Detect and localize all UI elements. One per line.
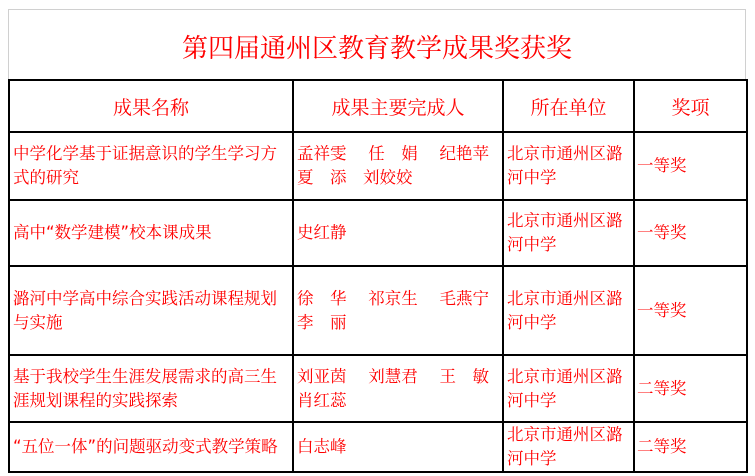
awards-table: 成果名称 成果主要完成人 所在单位 奖项 中学化学基于证据意识的学生学习方式的研… xyxy=(8,79,748,473)
achievement-name: “五位一体”的问题驱动变式教学策略 xyxy=(9,422,293,472)
achievement-name: 中学化学基于证据意识的学生学习方式的研究 xyxy=(9,132,293,200)
header-award: 奖项 xyxy=(634,80,747,132)
table-row: 潞河中学高中综合实践活动课程规划与实施 徐 华 祁京生 毛燕宁李 丽 北京市通州… xyxy=(9,266,747,355)
unit: 北京市通州区潞河中学 xyxy=(503,200,634,266)
table-row: 中学化学基于证据意识的学生学习方式的研究 孟祥雯 任 娟 纪艳苹夏 添 刘姣姣 … xyxy=(9,132,747,200)
table-row: 基于我校学生生涯发展需求的高三生涯规划课程的实践探索 刘亚茵 刘慧君 王 敏肖红… xyxy=(9,355,747,422)
unit: 北京市通州区潞河中学 xyxy=(503,266,634,355)
unit: 北京市通州区潞河中学 xyxy=(503,132,634,200)
achievement-name: 高中“数学建模”校本课成果 xyxy=(9,200,293,266)
title-cell: 第四届通州区教育教学成果奖获奖 xyxy=(8,9,746,79)
contributors: 白志峰 xyxy=(293,422,503,472)
header-main-contributors: 成果主要完成人 xyxy=(293,80,503,132)
award-level: 二等奖 xyxy=(634,355,747,422)
achievement-name: 基于我校学生生涯发展需求的高三生涯规划课程的实践探索 xyxy=(9,355,293,422)
achievement-name: 潞河中学高中综合实践活动课程规划与实施 xyxy=(9,266,293,355)
unit: 北京市通州区潞河中学 xyxy=(503,355,634,422)
contributors: 史红静 xyxy=(293,200,503,266)
contributors: 徐 华 祁京生 毛燕宁李 丽 xyxy=(293,266,503,355)
table-row: “五位一体”的问题驱动变式教学策略 白志峰 北京市通州区潞河中学 二等奖 xyxy=(9,422,747,472)
contributors: 孟祥雯 任 娟 纪艳苹夏 添 刘姣姣 xyxy=(293,132,503,200)
header-row: 成果名称 成果主要完成人 所在单位 奖项 xyxy=(9,80,747,132)
header-achievement-name: 成果名称 xyxy=(9,80,293,132)
award-level: 一等奖 xyxy=(634,132,747,200)
table-row: 高中“数学建模”校本课成果 史红静 北京市通州区潞河中学 一等奖 xyxy=(9,200,747,266)
award-level: 二等奖 xyxy=(634,422,747,472)
page-title: 第四届通州区教育教学成果奖获奖 xyxy=(182,24,572,65)
award-level: 一等奖 xyxy=(634,266,747,355)
contributors: 刘亚茵 刘慧君 王 敏肖红蕊 xyxy=(293,355,503,422)
header-unit: 所在单位 xyxy=(503,80,634,132)
unit: 北京市通州区潞河中学 xyxy=(503,422,634,472)
award-level: 一等奖 xyxy=(634,200,747,266)
